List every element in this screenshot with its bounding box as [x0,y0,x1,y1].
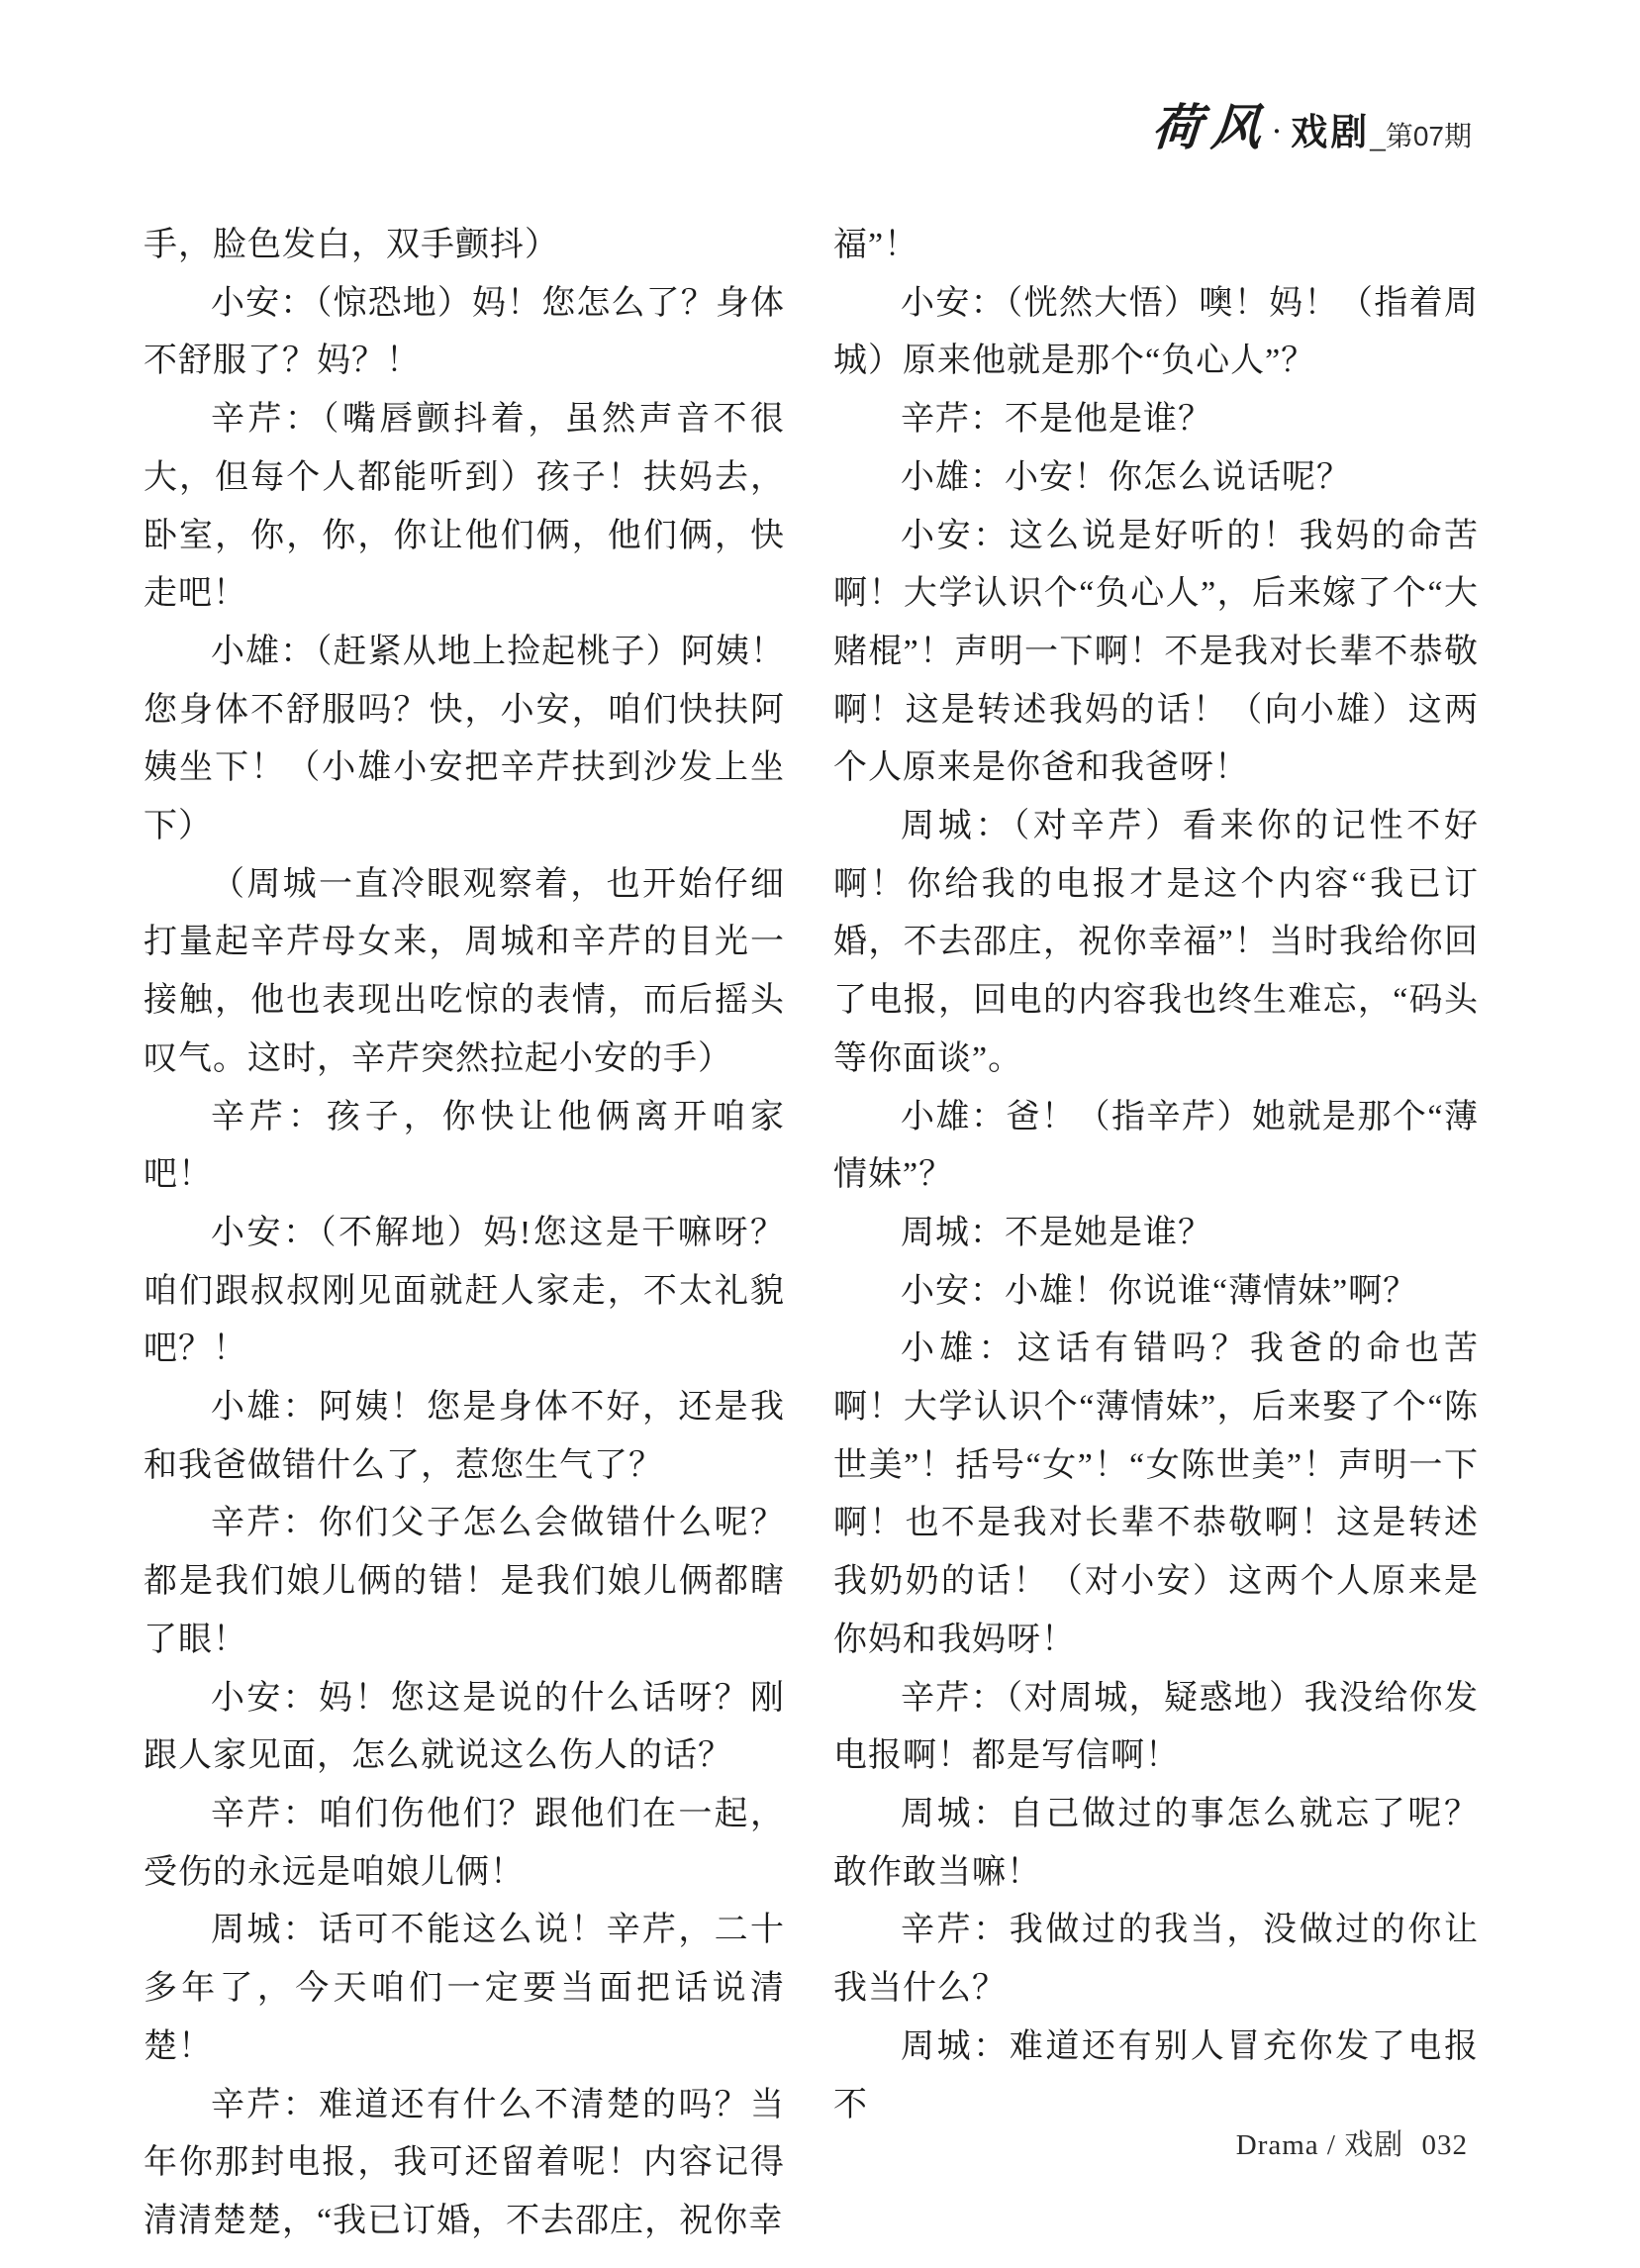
script-paragraph: 小安：妈！您这是说的什么话呀？刚跟人家见面，怎么就说这么伤人的话？ [144,1670,785,1786]
script-paragraph: 辛芹：（嘴唇颤抖着，虽然声音不很大，但每个人都能听到）孩子！扶妈去，卧室，你，你… [144,391,785,624]
script-paragraph: 辛芹：孩子，你快让他俩离开咱家吧！ [144,1089,785,1205]
script-paragraph: 周城：话可不能这么说！辛芹，二十多年了，今天咱们一定要当面把话说清楚！ [144,1902,785,2076]
script-paragraph: 小安：（恍然大悟）噢！妈！（指着周城）原来他就是那个“负心人”？ [833,275,1479,391]
script-paragraph: 辛芹：咱们伤他们？跟他们在一起，受伤的永远是咱娘儿俩！ [144,1786,785,1902]
script-paragraph: 小安：（惊恐地）妈！您怎么了？身体不舒服了？妈？！ [144,275,785,391]
magazine-page: 荷风 · 戏剧 _第07期 手，脸色发白，双手颤抖）小安：（惊恐地）妈！您怎么了… [0,0,1640,2268]
page-footer: Drama / 戏剧 032 [1236,2128,1468,2163]
script-paragraph: 小雄：这话有错吗？我爸的命也苦啊！大学认识个“薄情妹”，后来娶了个“陈世美”！括… [833,1321,1479,1669]
script-paragraph: 手，脸色发白，双手颤抖） [144,217,785,275]
script-paragraph: 小雄：小安！你怎么说话呢？ [833,449,1479,508]
brand-issue-number: _第07期 [1370,123,1472,150]
script-paragraph: 辛芹：难道还有什么不清楚的吗？当年你那封电报，我可还留着呢！内容记得清清楚楚，“… [144,2077,785,2251]
script-paragraph: 小雄：阿姨！您是身体不好，还是我和我爸做错什么了，惹您生气了？ [144,1379,785,1495]
page-header-brand: 荷风 · 戏剧 _第07期 [1152,103,1472,152]
script-paragraph: 小雄：爸！（指辛芹）她就是那个“薄情妹”？ [833,1089,1479,1205]
script-paragraph: 福”！ [833,217,1479,275]
script-paragraph: 周城：自己做过的事怎么就忘了呢？敢作敢当嘛！ [833,1786,1479,1902]
script-paragraph: 辛芹：（对周城，疑惑地）我没给你发电报啊！都是写信啊！ [833,1670,1479,1786]
footer-section-zh: 戏剧 [1344,2129,1403,2161]
brand-script-logo: 荷风 [1150,103,1272,152]
script-paragraph: 周城：（对辛芹）看来你的记性不好啊！你给我的电报才是这个内容“我已订婚，不去邵庄… [833,798,1479,1089]
script-paragraph: 辛芹：我做过的我当，没做过的你让我当什么？ [833,1902,1479,2018]
footer-section-en: Drama [1236,2129,1319,2161]
script-paragraph: 小安：小雄！你说谁“薄情妹”啊？ [833,1263,1479,1322]
script-paragraph: 小雄：（赶紧从地上捡起桃子）阿姨！您身体不舒服吗？快，小安，咱们快扶阿姨坐下！（… [144,624,785,856]
brand-section-title: 戏剧 [1291,114,1370,150]
script-column-left: 手，脸色发白，双手颤抖）小安：（惊恐地）妈！您怎么了？身体不舒服了？妈？！辛芹：… [144,217,785,2251]
script-paragraph: 小安：（不解地）妈!您这是干嘛呀？咱们跟叔叔刚见面就赶人家走，不太礼貌吧？！ [144,1205,785,1379]
footer-page-number: 032 [1422,2129,1469,2161]
script-column-right: 福”！小安：（恍然大悟）噢！妈！（指着周城）原来他就是那个“负心人”？辛芹：不是… [833,217,1479,2134]
script-paragraph: （周城一直冷眼观察着，也开始仔细打量起辛芹母女来，周城和辛芹的目光一接触，他也表… [144,856,785,1089]
brand-separator-dot: · [1273,119,1282,145]
script-paragraph: 周城：不是她是谁？ [833,1205,1479,1263]
script-paragraph: 辛芹：不是他是谁？ [833,391,1479,449]
script-paragraph: 小安：这么说是好听的！我妈的命苦啊！大学认识个“负心人”，后来嫁了个“大赌棍”！… [833,508,1479,799]
script-paragraph: 周城：难道还有别人冒充你发了电报不 [833,2019,1479,2134]
footer-separator: / [1327,2129,1344,2161]
script-paragraph: 辛芹：你们父子怎么会做错什么呢？都是我们娘儿俩的错！是我们娘儿俩都瞎了眼！ [144,1495,785,1669]
